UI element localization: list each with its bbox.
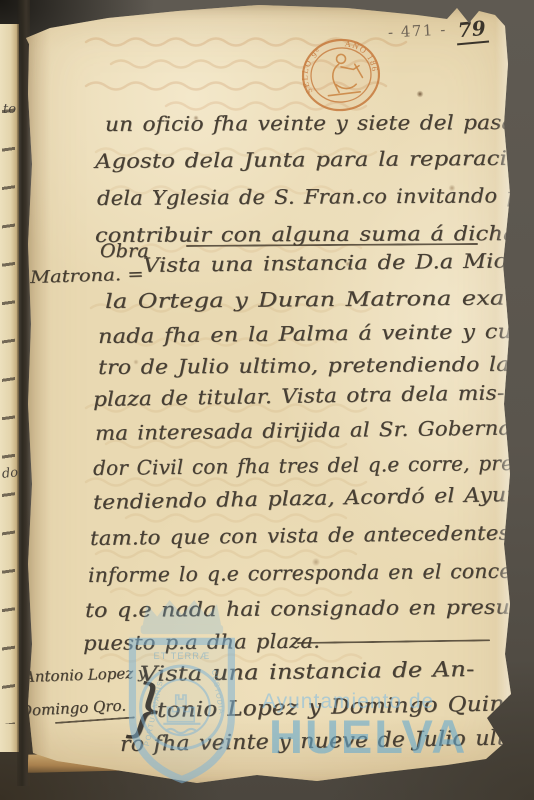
edge-text-fragment: to	[3, 102, 16, 117]
margin-note-matrona: Matrona. =	[30, 265, 144, 288]
manuscript-line: un oficio fha veinte y siete del pasado	[105, 110, 534, 136]
manuscript-line: Agosto dela Junta para la reparacion	[95, 146, 534, 173]
manuscript-line: informe lo q.e corresponda en el concep-	[88, 558, 532, 587]
manuscript-line: Obra	[100, 240, 149, 262]
manuscript-line: Vista una instancia de D.a Micae-	[143, 248, 534, 277]
manuscript-page: SELLO 9º AÑO 1862 - 471 - 79 un oficio f…	[16, 2, 518, 794]
manuscript-line: to q.e nada hai consignado en presu-	[85, 595, 518, 622]
revenue-stamp: SELLO 9º AÑO 1862	[294, 31, 389, 119]
previous-page-ink-marks	[2, 84, 15, 724]
folio-crossed-number: - 471 -	[388, 20, 448, 41]
binding-gutter	[17, 0, 30, 786]
manuscript-line: tro de Julio ultimo, pretendiendo la	[98, 352, 510, 379]
manuscript-line: Vista una instancia de An-	[140, 657, 475, 686]
manuscript-line: puesto p.a dha plaza.	[83, 629, 320, 655]
manuscript-line: dela Yglesia de S. Fran.co invitando p.a	[97, 183, 534, 210]
scanned-document: to do	[0, 0, 534, 800]
folio-page-number: 79	[455, 16, 489, 46]
manuscript-line: la Ortega y Duran Matrona exami-	[105, 285, 534, 313]
